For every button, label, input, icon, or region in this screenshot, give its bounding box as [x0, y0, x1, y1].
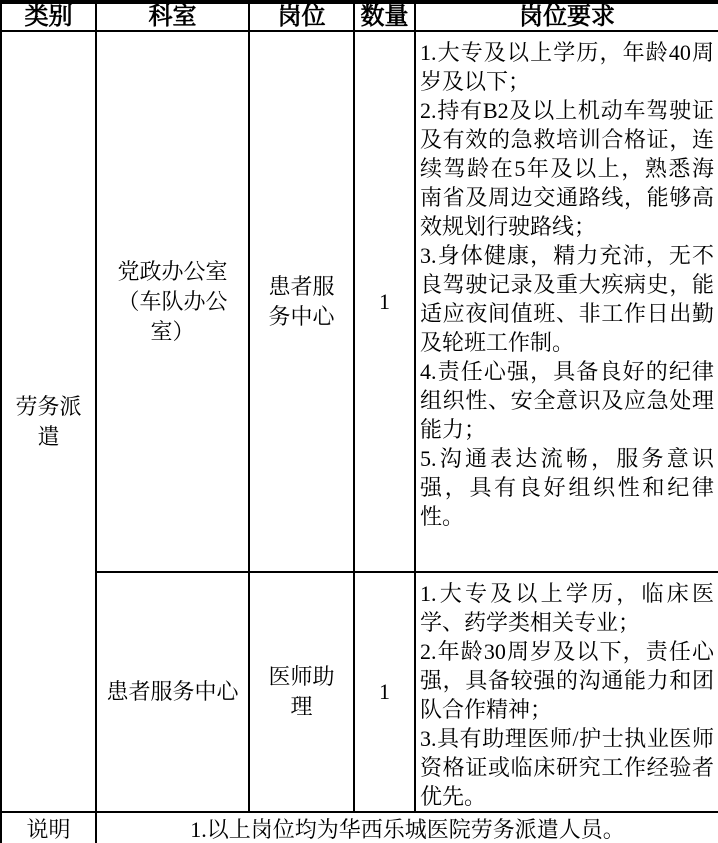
department-cell: 党政办公室（车队办公室） — [96, 31, 249, 572]
note-cell: 1.以上岗位均为华西乐城医院劳务派遣人员。 — [96, 812, 718, 843]
requirement-item: 1.大专及以上学历，临床医学、药学类相关专业； — [420, 579, 714, 637]
requirement-item: 3.具有助理医师/护士执业医师资格证或临床研究工作经验者优先。 — [420, 724, 714, 811]
requirement-item: 1.大专及以上学历，年龄40周岁及以下； — [420, 38, 714, 96]
header-category: 类别 — [1, 2, 96, 31]
table-row: 患者服务中心 医师助理 1 1.大专及以上学历，临床医学、药学类相关专业； 2.… — [1, 572, 718, 812]
requirement-item: 2.持有B2及以上机动车驾驶证及有效的急救培训合格证，连续驾龄在5年及以上，熟悉… — [420, 96, 714, 241]
position-cell: 医师助理 — [249, 572, 354, 812]
requirement-item: 3.身体健康，精力充沛，无不良驾驶记录及重大疾病史，能适应夜间值班、非工作日出勤… — [420, 241, 714, 357]
table-footer-row: 说明 1.以上岗位均为华西乐城医院劳务派遣人员。 — [1, 812, 718, 843]
position-cell: 患者服务中心 — [249, 31, 354, 572]
department-cell: 患者服务中心 — [96, 572, 249, 812]
category-cell: 劳务派遣 — [1, 31, 96, 812]
requirements-cell: 1.大专及以上学历，年龄40周岁及以下； 2.持有B2及以上机动车驾驶证及有效的… — [415, 31, 718, 572]
table-row: 劳务派遣 党政办公室（车队办公室） 患者服务中心 1 1.大专及以上学历，年龄4… — [1, 31, 718, 572]
header-department: 科室 — [96, 2, 249, 31]
count-cell: 1 — [354, 572, 415, 812]
note-label-cell: 说明 — [1, 812, 96, 843]
count-cell: 1 — [354, 31, 415, 572]
requirement-item: 5.沟通表达流畅，服务意识强，具有良好组织性和纪律性。 — [420, 444, 714, 531]
recruitment-table-page: 类别 科室 岗位 数量 岗位要求 劳务派遣 党政办公室（车队办公室） 患者服务中… — [0, 0, 718, 843]
header-requirements: 岗位要求 — [415, 2, 718, 31]
requirement-item: 2.年龄30周岁及以下，责任心强，具备较强的沟通能力和团队合作精神； — [420, 637, 714, 724]
table-header-row: 类别 科室 岗位 数量 岗位要求 — [1, 2, 718, 31]
requirements-cell: 1.大专及以上学历，临床医学、药学类相关专业； 2.年龄30周岁及以下，责任心强… — [415, 572, 718, 812]
job-postings-table: 类别 科室 岗位 数量 岗位要求 劳务派遣 党政办公室（车队办公室） 患者服务中… — [0, 0, 718, 843]
header-position: 岗位 — [249, 2, 354, 31]
header-count: 数量 — [354, 2, 415, 31]
requirement-item: 4.责任心强，具备良好的纪律组织性、安全意识及应急处理能力； — [420, 357, 714, 444]
